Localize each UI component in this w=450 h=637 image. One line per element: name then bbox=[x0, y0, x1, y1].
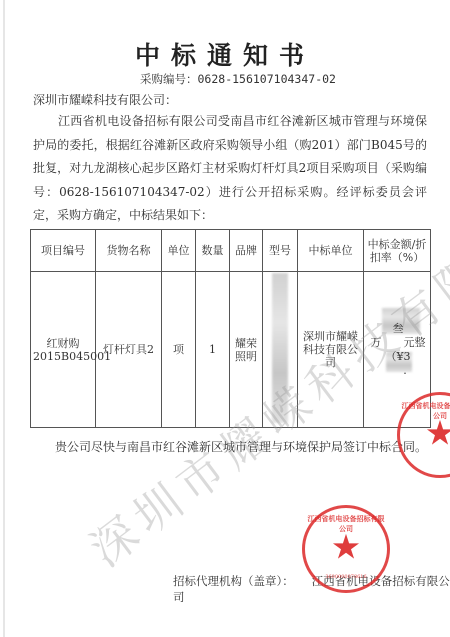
procurement-number-value: 0628-156107104347-02 bbox=[198, 72, 336, 86]
cell-unit: 项 bbox=[162, 272, 196, 428]
cell-brand: 耀荣照明 bbox=[230, 272, 263, 428]
signature-label: 招标代理机构（盖章）： bbox=[173, 574, 294, 588]
cell-winner: 深圳市耀嵘科技有限公司 bbox=[298, 272, 364, 428]
header-amount: 中标金额/折扣率（%） bbox=[364, 230, 431, 272]
table-header-row: 项目编号 货物名称 单位 数量 品牌 型号 中标单位 中标金额/折扣率（%） bbox=[31, 230, 431, 272]
procurement-number: 采购编号：0628-156107104347-02 bbox=[140, 71, 336, 87]
body-paragraph: 江西省机电设备招标有限公司受南昌市红谷滩新区城市管理与环境保护局的委托，根据红谷… bbox=[33, 110, 427, 228]
star-icon: ★ bbox=[331, 530, 361, 564]
redacted-model bbox=[272, 273, 288, 423]
brand-text: 耀荣照明 bbox=[234, 337, 258, 363]
amount-text: 叁 万元整 （¥3 . bbox=[368, 322, 428, 378]
cell-goods-name: 灯杆灯具2 bbox=[96, 272, 162, 428]
scan-edge bbox=[3, 0, 5, 637]
cell-amount: 叁 万元整 （¥3 . bbox=[364, 272, 431, 428]
cell-model bbox=[263, 272, 298, 428]
header-quantity: 数量 bbox=[196, 230, 230, 272]
document-title: 中标通知书 bbox=[0, 36, 450, 72]
amount-line-4: . bbox=[368, 364, 428, 378]
table-row: 红财购2015B045001 灯杆灯具2 项 1 耀荣照明 深圳市耀嵘科技有限公… bbox=[31, 272, 431, 428]
header-project-no: 项目编号 bbox=[31, 230, 96, 272]
amount-unit-wan: 万 bbox=[371, 336, 382, 349]
signature-line: 招标代理机构（盖章）：江西省机电设备招标有限公司 bbox=[173, 573, 450, 605]
amount-line-1: 叁 bbox=[368, 322, 428, 336]
award-results-table: 项目编号 货物名称 单位 数量 品牌 型号 中标单位 中标金额/折扣率（%） 红… bbox=[30, 229, 431, 428]
addressee: 深圳市耀嵘科技有限公司： bbox=[33, 91, 177, 108]
procurement-number-label: 采购编号： bbox=[140, 72, 198, 86]
cell-quantity: 1 bbox=[196, 272, 230, 428]
cell-project-no: 红财购2015B045001 bbox=[31, 272, 96, 428]
award-notice-page: 中标通知书 采购编号：0628-156107104347-02 深圳市耀嵘科技有… bbox=[0, 0, 450, 637]
amount-suffix: 元整 bbox=[404, 336, 426, 349]
header-model: 型号 bbox=[263, 230, 298, 272]
header-goods-name: 货物名称 bbox=[96, 230, 162, 272]
header-unit: 单位 bbox=[162, 230, 196, 272]
header-winner: 中标单位 bbox=[298, 230, 364, 272]
amount-line-3: （¥3 bbox=[368, 350, 428, 364]
closing-paragraph: 贵公司尽快与南昌市红谷滩新区城市管理与环境保护局签订中标合同。 bbox=[33, 436, 427, 459]
header-brand: 品牌 bbox=[230, 230, 263, 272]
amount-line-2: 万元整 bbox=[368, 336, 428, 350]
seal-main-text: 江西省机电设备招标有限公司 bbox=[305, 514, 387, 534]
